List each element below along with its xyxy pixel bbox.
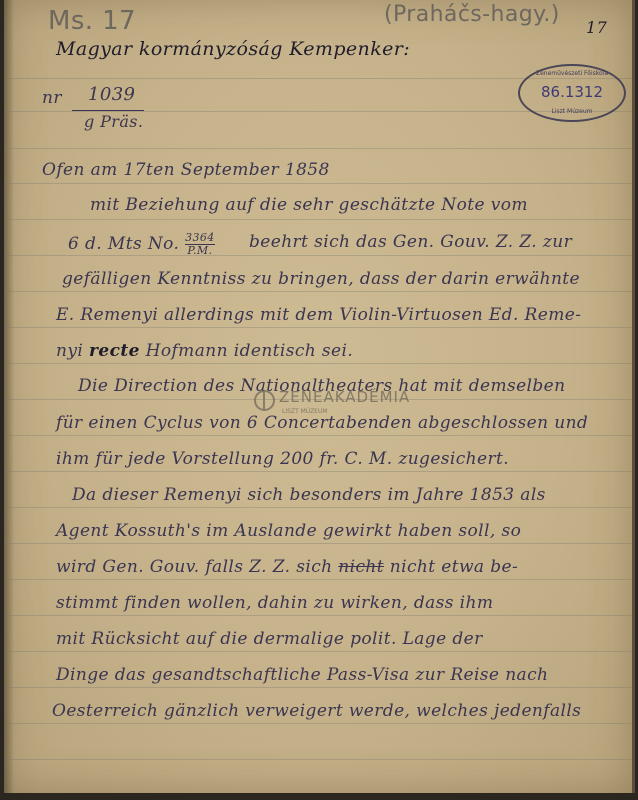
ruled-line [4, 291, 632, 292]
stamp-bottom-text: Liszt Múzeum [520, 108, 624, 115]
body-line-3: gefälligen Kenntniss zu bringen, dass de… [62, 269, 580, 289]
body-line-2b: beehrt sich das Gen. Gouv. Z. Z. zur [249, 232, 572, 252]
body-line-14: Dinge das gesandtschaftliche Pass-Visa z… [56, 665, 548, 685]
body-line-1: mit Beziehung auf die sehr geschätzte No… [90, 195, 528, 215]
fraction-denominator: P.M. [187, 244, 212, 257]
body-line-5-rest: Hofmann identisch sei. [146, 341, 354, 361]
folio-number: 17 [586, 18, 607, 37]
reference-fraction: 3364 P.M. [185, 232, 215, 257]
shelfmark: Ms. 17 [48, 6, 136, 36]
body-line-11: wird Gen. Gouv. falls Z. Z. sich nicht n… [56, 557, 518, 577]
body-line-9: Da dieser Remenyi sich besonders im Jahr… [72, 485, 546, 505]
zeneakademia-logo-icon [254, 390, 275, 411]
ruled-line [4, 183, 632, 184]
body-line-13: mit Rücksicht auf die dermalige polit. L… [56, 629, 483, 649]
page-binding-shadow [4, 0, 14, 793]
body-line-5: nyi recte Hofmann identisch sei. [56, 341, 353, 361]
body-line-5-recte: recte [89, 341, 140, 361]
ruled-line [4, 507, 632, 508]
stamp-top-text: Zeneművészeti Főiskola [520, 70, 624, 77]
ruled-line [4, 327, 632, 328]
body-line-11-b: nicht etwa be- [390, 557, 518, 577]
archive-stamp: Zeneművészeti Főiskola 86.1312 Liszt Múz… [518, 64, 626, 122]
ruled-line [4, 363, 632, 364]
body-line-2a-text: 6 d. Mts No. [68, 234, 179, 254]
stamp-number: 86.1312 [520, 83, 624, 101]
ruled-line [4, 219, 632, 220]
ruled-line [4, 471, 632, 472]
ruled-line [4, 615, 632, 616]
ruled-line [4, 148, 632, 149]
manuscript-page: Ms. 17 (Praháčs-hagy.) 17 Magyar kormány… [4, 0, 635, 793]
reference-number: 1039 [88, 84, 135, 105]
ruled-line [4, 435, 632, 436]
pencil-note: (Praháčs-hagy.) [384, 2, 560, 27]
date-line: Ofen am 17ten September 1858 [42, 160, 330, 180]
body-line-11-a: wird Gen. Gouv. falls Z. Z. sich [56, 557, 332, 577]
ruled-line [4, 723, 632, 724]
body-line-2a: 6 d. Mts No. 3364 P.M. [68, 232, 215, 257]
body-line-4: E. Remenyi allerdings mit dem Violin-Vir… [56, 305, 581, 325]
ruled-line [4, 543, 632, 544]
body-line-12: stimmt finden wollen, dahin zu wirken, d… [56, 593, 493, 613]
letter-title: Magyar kormányzóság Kempenker: [56, 38, 410, 60]
reference-prefix: nr [42, 88, 62, 108]
ruled-line [4, 687, 632, 688]
ruled-line [4, 651, 632, 652]
body-line-10: Agent Kossuth's im Auslande gewirkt habe… [56, 521, 521, 541]
body-line-5-name: nyi [56, 341, 83, 361]
reference-divider [72, 110, 144, 111]
ruled-line [4, 759, 632, 760]
ruled-line [4, 579, 632, 580]
body-line-8: ihm für jede Vorstellung 200 fr. C. M. z… [56, 449, 509, 469]
body-line-11-struck: nicht [338, 557, 384, 577]
body-line-7: für einen Cyclus von 6 Concertabenden ab… [56, 413, 588, 433]
watermark-title: ZENEAKADÉMIA [279, 388, 410, 406]
reference-sub: g Präs. [84, 112, 143, 131]
body-line-15: Oesterreich gänzlich verweigert werde, w… [52, 701, 581, 721]
